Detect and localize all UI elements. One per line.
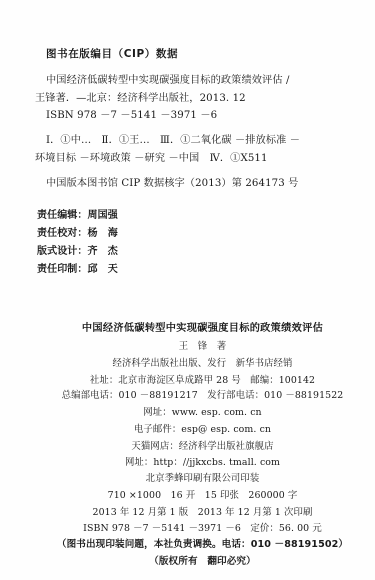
credit-label: 责任校对： xyxy=(37,227,88,241)
colophon-specs: 710 ×1000 16 开 15 印张 260000 字 xyxy=(0,489,375,503)
colophon-phones: 总编部电话：010 －88191217 发行部电话：010 －88191522 xyxy=(0,389,375,403)
credit-value: 齐 杰 xyxy=(88,245,118,259)
colophon-isbn-price: ISBN 978 －7 －5141 －3971 －6 定价：56. 00 元 xyxy=(0,522,375,536)
cip-data-number: 中国版本图书馆 CIP 数据核字（2013）第 264173 号 xyxy=(46,177,298,191)
colophon-quality-notice: （图书出现印装问题，本社负责调换。电话：010 －88191502） xyxy=(0,538,375,552)
credit-label: 责任编辑： xyxy=(37,209,88,223)
colophon-author: 王 锋 著 xyxy=(0,340,375,354)
colophon-copyright: （版权所有 翻印必究） xyxy=(0,555,375,569)
colophon-edition: 2013 年 12 月第 1 版 2013 年 12 月第 1 次印刷 xyxy=(0,506,375,520)
cip-isbn: ISBN 978 －7 －5141 －3971 －6 xyxy=(46,109,217,123)
colophon-publisher: 经济科学出版社出版、发行 新华书店经销 xyxy=(0,357,375,371)
cip-classification-line-1: Ⅰ．①中… Ⅱ．①王… Ⅲ．①二氧化碳 －排放标准 － xyxy=(46,134,300,148)
credit-label: 版式设计： xyxy=(37,245,88,259)
credit-proofreader: 责任校对：杨 海 xyxy=(37,227,118,241)
credit-layout-designer: 版式设计：齐 杰 xyxy=(37,245,118,259)
colophon-website: 网址：www. esp. com. cn xyxy=(0,406,375,420)
credit-value: 邱 天 xyxy=(88,263,118,277)
colophon-tmall-url: 网址：http：//jjkxcbs. tmall. com xyxy=(0,456,375,470)
colophon-address: 社址：北京市海淀区阜成路甲 28 号 邮编：100142 xyxy=(0,374,375,388)
colophon-email: 电子邮件：esp@ esp. com. cn xyxy=(0,423,375,437)
credit-value: 周国强 xyxy=(88,209,118,223)
colophon-printer: 北京季蜂印刷有限公司印装 xyxy=(0,472,375,486)
credit-print-supervisor: 责任印制：邱 天 xyxy=(37,263,118,277)
copyright-page: 图书在版编目（CIP）数据 中国经济低碳转型中实现碳强度目标的政策绩效评估 / … xyxy=(0,0,375,580)
cip-classification-line-2: 环境目标 －环境政策 －研究 －中国 Ⅳ．①X511 xyxy=(35,152,268,166)
credit-label: 责任印制： xyxy=(37,263,88,277)
colophon-tmall-store: 天猫网店：经济科学出版社旗舰店 xyxy=(0,440,375,454)
credit-editor: 责任编辑：周国强 xyxy=(37,209,118,223)
cip-title-line-2: 王锋著．—北京：经济科学出版社，2013. 12 xyxy=(35,92,246,106)
cip-header: 图书在版编目（CIP）数据 xyxy=(46,47,178,61)
cip-title-line-1: 中国经济低碳转型中实现碳强度目标的政策绩效评估 / xyxy=(46,74,289,88)
credit-value: 杨 海 xyxy=(88,227,118,241)
colophon-book-title: 中国经济低碳转型中实现碳强度目标的政策绩效评估 xyxy=(0,322,375,336)
